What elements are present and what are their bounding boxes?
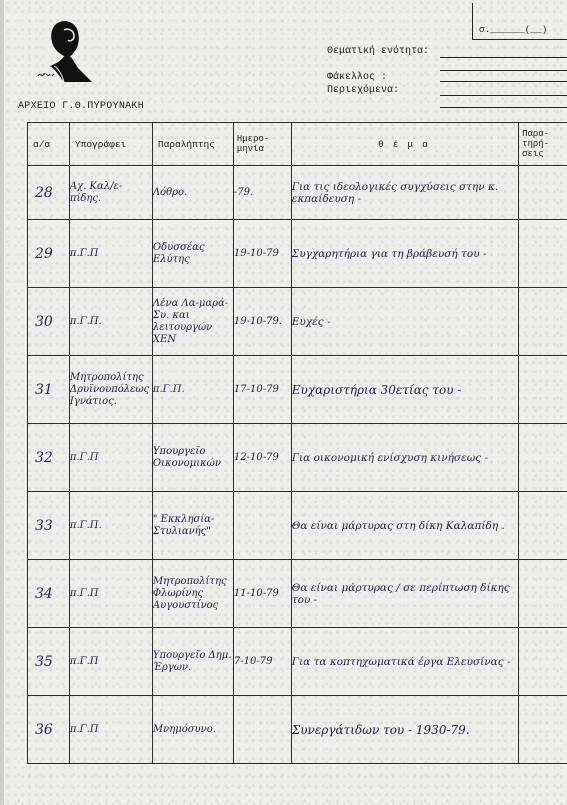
cell-recipient: Λένα Λα-μαρά- Συ. και λειτουργών ΧΕΝ — [152, 288, 233, 356]
cell-notes — [519, 492, 567, 560]
col-header-recipient: Παραλήπτης — [152, 123, 233, 166]
cell-date — [233, 696, 291, 764]
cell-recipient: Οδυσσέας Ελύτης — [152, 220, 233, 288]
cell-recipient: Μνημόσυνο. — [152, 696, 233, 764]
cell-signer: π.Γ.Π — [69, 628, 152, 696]
cell-recipient: Μητροπολίτης Φλωρίνης Αυγουστίνος — [152, 560, 233, 628]
cell-date: 19-10-79 — [233, 220, 291, 288]
cell-signer: π.Γ.Π. — [69, 288, 152, 356]
field-label-thematic-unit: Θεματική ενότητα: — [327, 46, 429, 57]
archive-title: ΑΡΧΕΙΟ Γ.Θ.ΠΥΡΟΥΝΑΚΗ — [18, 101, 144, 112]
col-header-aa: α/α — [28, 123, 70, 166]
field-line-extra[interactable] — [440, 70, 567, 71]
table-row: 31Μητροπολίτης Δρυϊνουπόλεως Ιγνάτιος.π.… — [28, 356, 567, 424]
table-header-row: α/α Υπογράφει Παραλήπτης Ημερο- μηνία θέ… — [28, 123, 567, 166]
cell-recipient: Υπουργεῖο Δημ. Έργων. — [152, 628, 233, 696]
cell-subject: Συγχαρητήρια για τη βράβευσή του - — [291, 220, 518, 288]
cell-date: 7-10-79 — [233, 628, 291, 696]
cell-date: 17-10-79 — [233, 356, 291, 424]
table-row: 32π.Γ.ΠΥπουργεῖο Οικονομικών12-10-79Για … — [28, 424, 567, 492]
cell-recipient: π.Γ.Π. — [152, 356, 233, 424]
field-line-contents[interactable] — [440, 95, 567, 96]
cell-notes — [519, 356, 567, 424]
cell-notes — [519, 560, 567, 628]
col-header-subject: θέμα — [291, 123, 518, 166]
cell-aa: 32 — [28, 424, 70, 492]
cell-subject: Ευχαριστήρια 30ετίας του - — [291, 356, 518, 424]
register-table: α/α Υπογράφει Παραλήπτης Ημερο- μηνία θέ… — [27, 122, 567, 764]
cell-subject: Θα είναι μάρτυρας στη δίκη Καλαπίδη . — [291, 492, 518, 560]
cell-notes — [519, 220, 567, 288]
cell-recipient: Υπουργεῖο Οικονομικών — [152, 424, 233, 492]
table-row: 33π.Γ.Π." Εκκλησία-Στυλιανής"Θα είναι μά… — [28, 492, 567, 560]
col-header-date: Ημερο- μηνία — [233, 123, 291, 166]
cell-aa: 31 — [28, 356, 70, 424]
cell-subject: Θα είναι μάρτυρας / σε περίπτωση δίκης τ… — [291, 560, 518, 628]
cell-aa: 35 — [28, 628, 70, 696]
table-row: 34π.Γ.ΠΜητροπολίτης Φλωρίνης Αυγουστίνος… — [28, 560, 567, 628]
page-reference-box: σ.______(__) — [472, 3, 567, 40]
cell-aa: 33 — [28, 492, 70, 560]
cell-notes — [519, 166, 567, 220]
cell-aa: 34 — [28, 560, 70, 628]
cell-date: -79. — [233, 166, 291, 220]
cell-aa: 29 — [28, 220, 70, 288]
cell-date: 19-10-79. — [233, 288, 291, 356]
field-line-thematic-unit[interactable] — [440, 57, 567, 58]
cell-signer: π.Γ.Π — [69, 560, 152, 628]
cell-notes — [519, 628, 567, 696]
cell-subject: Για οικονομική ενίσχυση κινήσεως - — [291, 424, 518, 492]
cell-notes — [519, 288, 567, 356]
field-line-folder[interactable] — [440, 81, 567, 82]
cell-signer: Αχ. Καλ/ε-πίδης. — [69, 166, 152, 220]
table-row: 36π.Γ.ΠΜνημόσυνο.Συνεργάτιδων του - 1930… — [28, 696, 567, 764]
cell-signer: π.Γ.Π — [69, 424, 152, 492]
field-label-folder: Φάκελλος : — [327, 72, 387, 83]
cell-aa: 36 — [28, 696, 70, 764]
cell-recipient: Λόθρο. — [152, 166, 233, 220]
cell-subject: Ευχές - — [291, 288, 518, 356]
cell-subject: Για τα κοπτηχωματικά έργα Ελευσίνας - — [291, 628, 518, 696]
cell-recipient: " Εκκλησία-Στυλιανής" — [152, 492, 233, 560]
table-row: 29π.Γ.ΠΟδυσσέας Ελύτης19-10-79Συγχαρητήρ… — [28, 220, 567, 288]
portrait-sketch-icon — [34, 18, 98, 84]
col-header-notes: Παρα- τηρή- σεις — [519, 123, 567, 166]
cell-subject: Για τις ιδεολογικές συγχύσεις στην κ. εκ… — [291, 166, 518, 220]
cell-date — [233, 492, 291, 560]
cell-aa: 30 — [28, 288, 70, 356]
paper-edge — [0, 0, 4, 805]
cell-notes — [519, 424, 567, 492]
cell-signer: Μητροπολίτης Δρυϊνουπόλεως Ιγνάτιος. — [69, 356, 152, 424]
field-line-contents-2[interactable] — [440, 107, 567, 108]
cell-signer: π.Γ.Π. — [69, 492, 152, 560]
cell-date: 11-10-79 — [233, 560, 291, 628]
cell-notes — [519, 696, 567, 764]
table-row: 35π.Γ.ΠΥπουργεῖο Δημ. Έργων.7-10-79Για τ… — [28, 628, 567, 696]
field-label-contents: Περιεχόμενα: — [327, 85, 399, 96]
cell-subject: Συνεργάτιδων του - 1930-79. — [291, 696, 518, 764]
page-reference: σ.______(__) — [479, 24, 547, 35]
table-row: 28Αχ. Καλ/ε-πίδης.Λόθρο.-79.Για τις ιδεο… — [28, 166, 567, 220]
cell-signer: π.Γ.Π — [69, 696, 152, 764]
table-row: 30π.Γ.Π.Λένα Λα-μαρά- Συ. και λειτουργών… — [28, 288, 567, 356]
col-header-signer: Υπογράφει — [69, 123, 152, 166]
cell-aa: 28 — [28, 166, 70, 220]
cell-signer: π.Γ.Π — [69, 220, 152, 288]
cell-date: 12-10-79 — [233, 424, 291, 492]
